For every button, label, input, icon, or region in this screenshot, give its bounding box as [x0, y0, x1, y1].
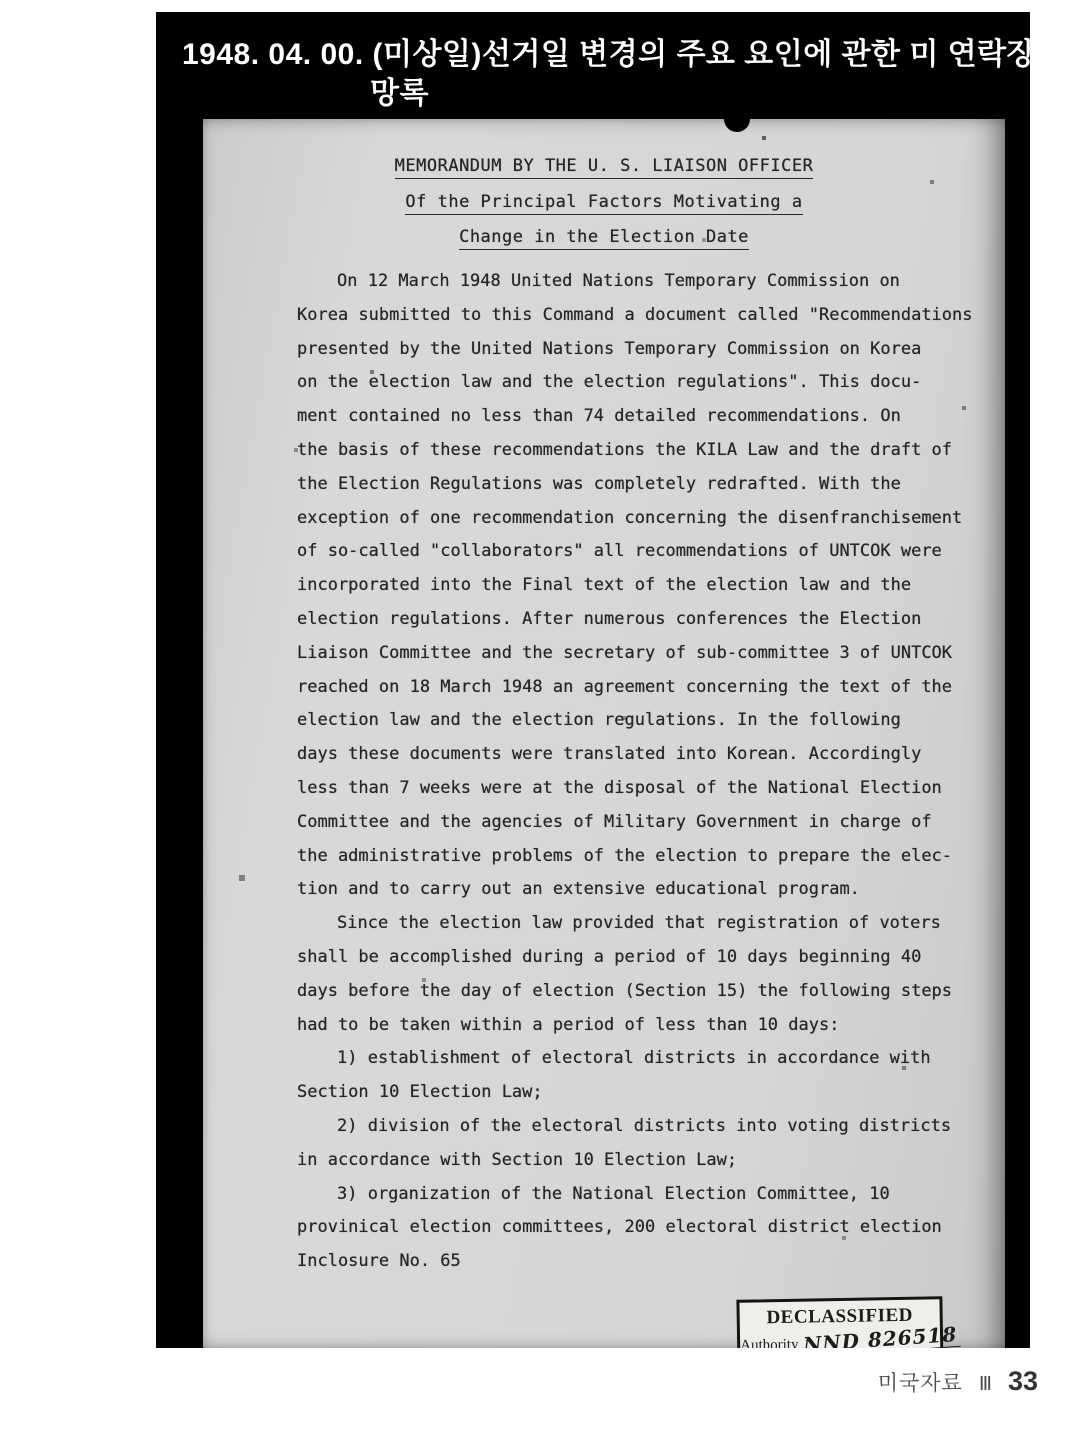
- footer-volume-numeral: Ⅲ: [979, 1373, 992, 1396]
- footer-page-number: 33: [1008, 1366, 1038, 1397]
- document-line: reached on 18 March 1948 an agreement co…: [297, 671, 987, 705]
- archive-page: 1948. 04. 00. (미상일)선거일 변경의 주요 요인에 관한 미 연…: [0, 0, 1080, 1439]
- page-footer: 미국자료 Ⅲ 33: [878, 1366, 1038, 1397]
- scan-dust-specks: [203, 119, 205, 121]
- declassified-stamp: DECLASSIFIED AuthorityNND 826518: [736, 1296, 943, 1348]
- memo-heading: MEMORANDUM BY THE U. S. LIAISON OFFICERO…: [203, 149, 1005, 256]
- document-line: incorporated into the Final text of the …: [297, 569, 987, 603]
- document-line: the basis of these recommendations the K…: [297, 434, 987, 468]
- document-line: provinical election committees, 200 elec…: [297, 1211, 987, 1245]
- document-line: days these documents were translated int…: [297, 738, 987, 772]
- document-line: shall be accomplished during a period of…: [297, 941, 987, 975]
- document-line: on the election law and the election reg…: [297, 366, 987, 400]
- document-line: the administrative problems of the elect…: [297, 840, 987, 874]
- document-line: exception of one recommendation concerni…: [297, 502, 987, 536]
- document-line: 3) organization of the National Election…: [297, 1178, 987, 1212]
- document-line: in accordance with Section 10 Election L…: [297, 1144, 987, 1178]
- scan-notch: [724, 119, 750, 132]
- document-line: of so-called "collaborators" all recomme…: [297, 535, 987, 569]
- document-line: Section 10 Election Law;: [297, 1076, 987, 1110]
- document-line: days before the day of election (Section…: [297, 975, 987, 1009]
- document-line: 2) division of the electoral districts i…: [297, 1110, 987, 1144]
- scanned-document: MEMORANDUM BY THE U. S. LIAISON OFFICERO…: [203, 119, 1005, 1348]
- document-line: tion and to carry out an extensive educa…: [297, 873, 987, 907]
- memo-heading-line: MEMORANDUM BY THE U. S. LIAISON OFFICER: [203, 149, 1005, 185]
- memo-body: On 12 March 1948 United Nations Temporar…: [297, 265, 987, 1279]
- document-line: On 12 March 1948 United Nations Temporar…: [297, 265, 987, 299]
- document-line: ment contained no less than 74 detailed …: [297, 400, 987, 434]
- document-line: Committee and the agencies of Military G…: [297, 806, 987, 840]
- document-line: presented by the United Nations Temporar…: [297, 333, 987, 367]
- document-line: Since the election law provided that reg…: [297, 907, 987, 941]
- stamp-authority-label: Authority: [740, 1337, 799, 1348]
- memo-heading-line: Of the Principal Factors Motivating a: [203, 185, 1005, 221]
- document-line: had to be taken within a period of less …: [297, 1009, 987, 1043]
- banner-title-line2: 망록: [370, 74, 1030, 114]
- memo-heading-line: Change in the Election Date: [203, 220, 1005, 256]
- document-line: election regulations. After numerous con…: [297, 603, 987, 637]
- document-line: less than 7 weeks were at the disposal o…: [297, 772, 987, 806]
- stamp-authority-line: AuthorityNND 826518: [740, 1327, 940, 1348]
- document-line: election law and the election regulation…: [297, 704, 987, 738]
- document-line: Liaison Committee and the secretary of s…: [297, 637, 987, 671]
- document-line: the Election Regulations was completely …: [297, 468, 987, 502]
- banner-title-line1: 1948. 04. 00. (미상일)선거일 변경의 주요 요인에 관한 미 연…: [156, 36, 1030, 74]
- document-title-banner: 1948. 04. 00. (미상일)선거일 변경의 주요 요인에 관한 미 연…: [156, 12, 1030, 1348]
- document-line: 1) establishment of electoral districts …: [297, 1042, 987, 1076]
- footer-source-label: 미국자료: [878, 1367, 963, 1397]
- document-line: Korea submitted to this Command a docume…: [297, 299, 987, 333]
- document-line: Inclosure No. 65: [297, 1245, 987, 1279]
